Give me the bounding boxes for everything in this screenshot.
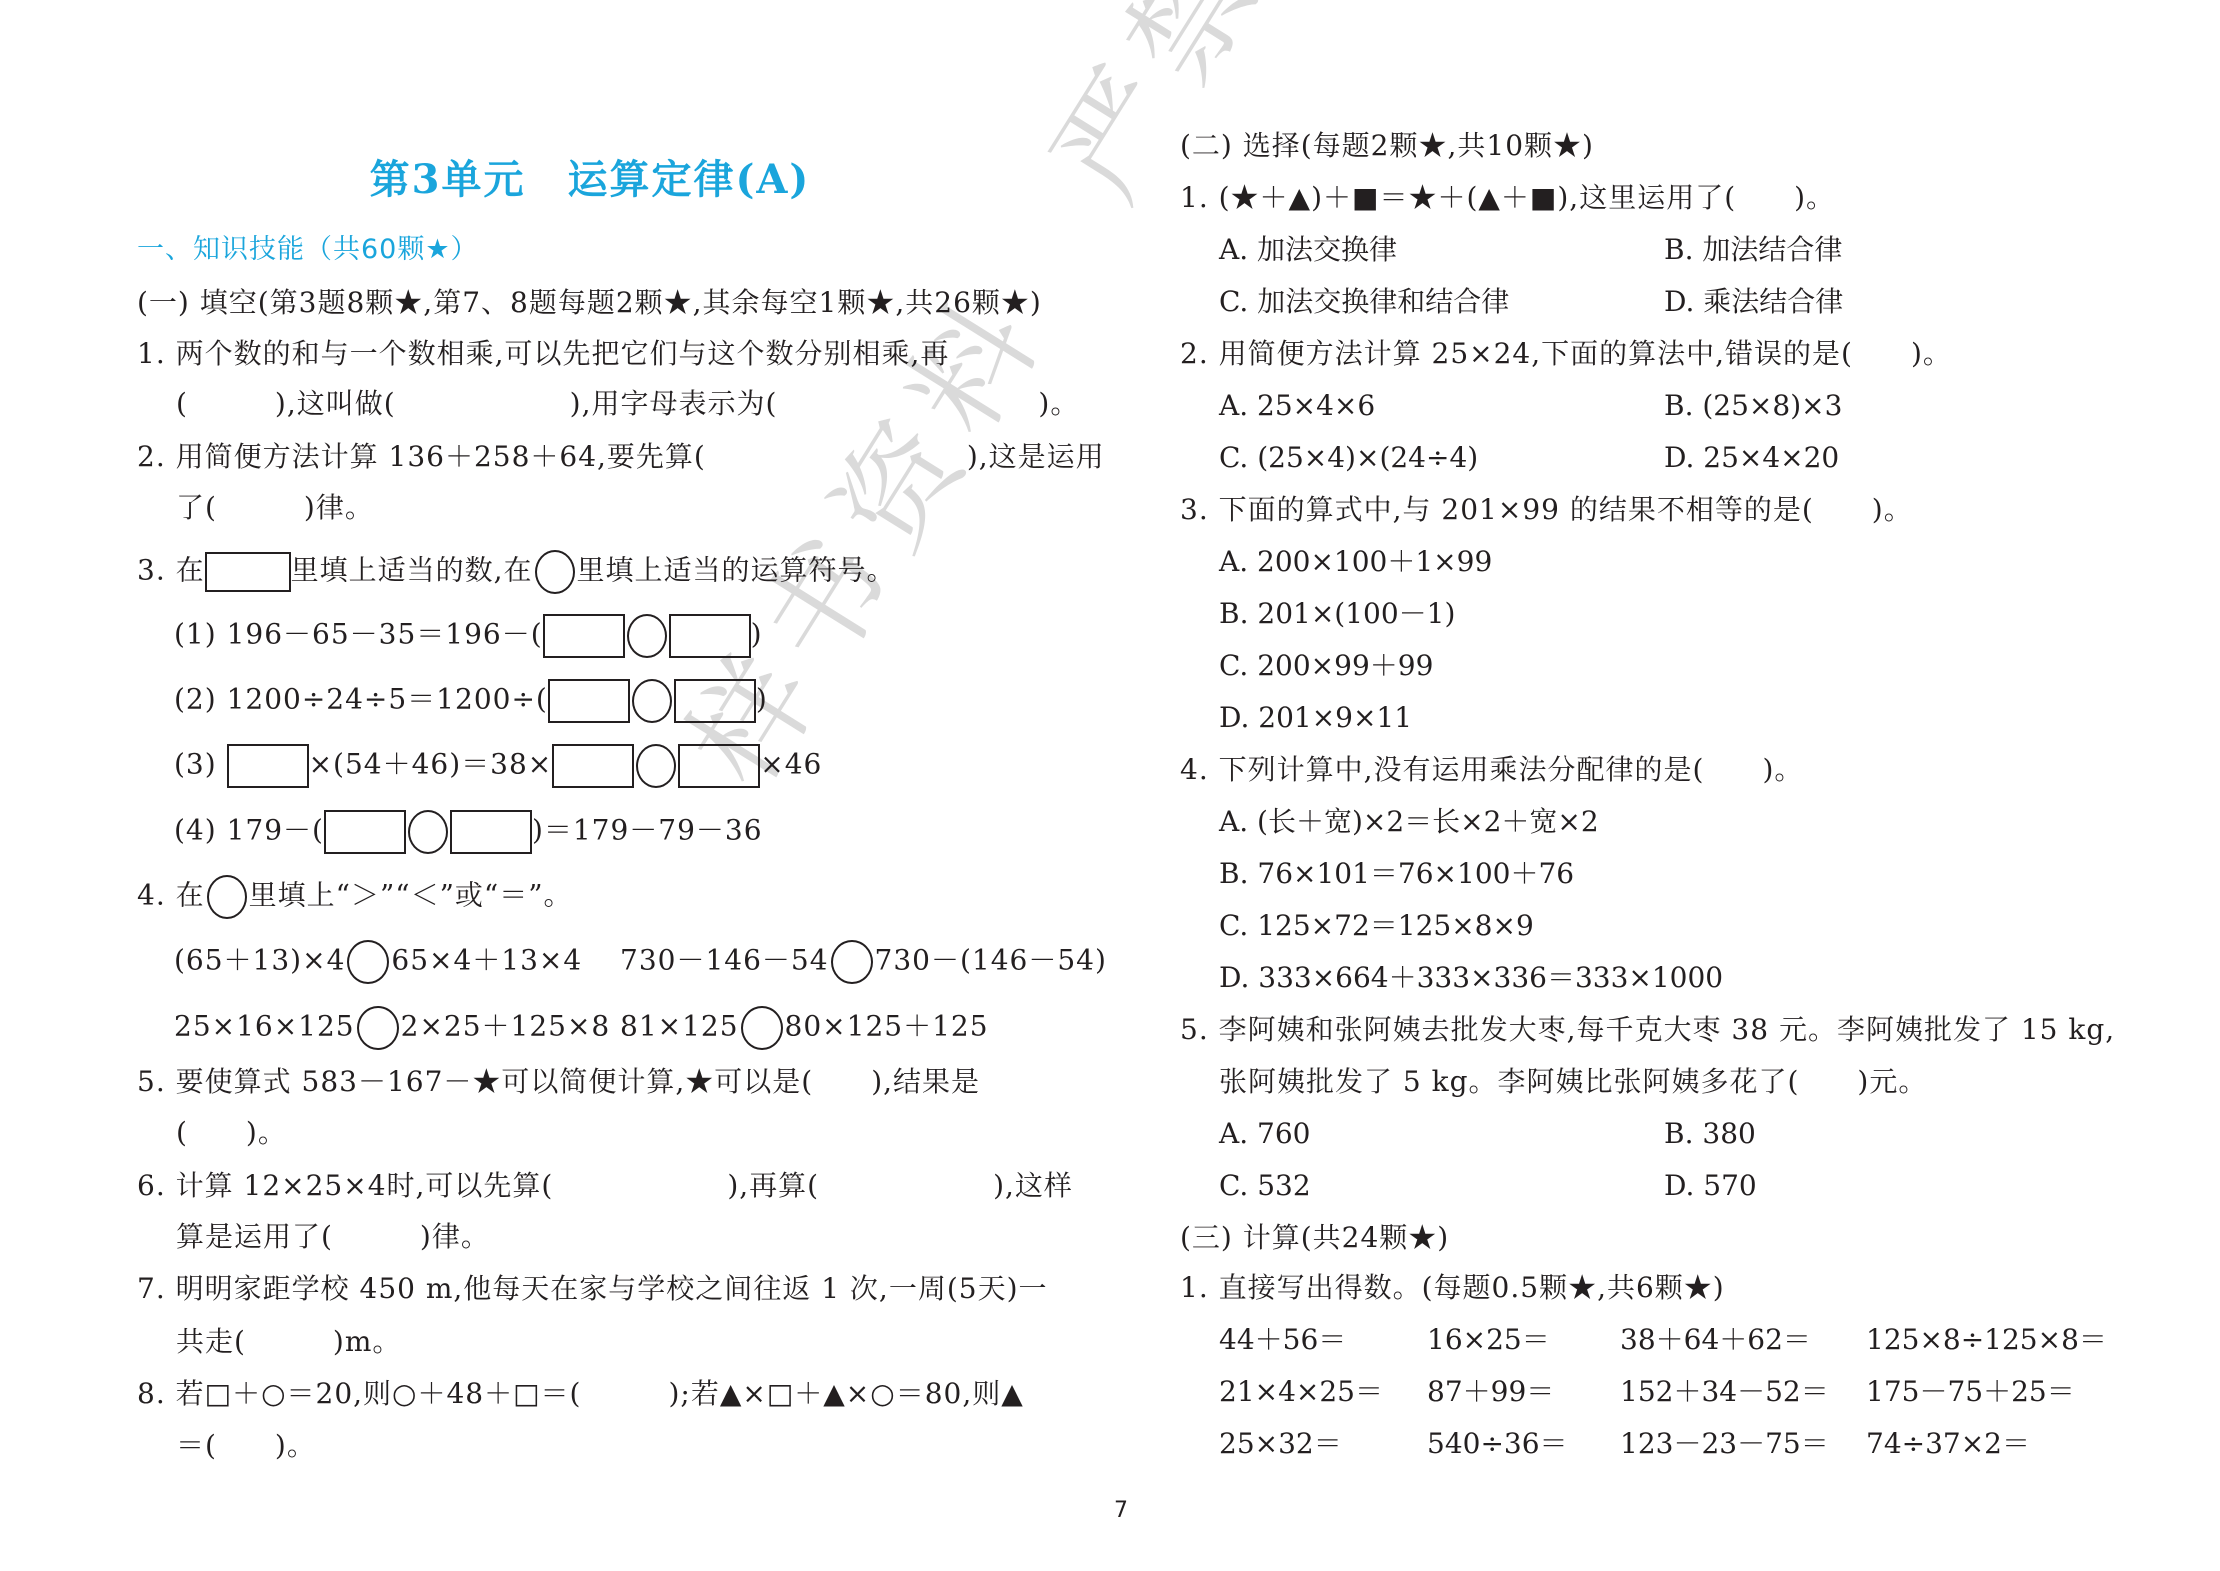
q3-line: 3. 在里填上适当的数,在里填上适当的运算符号。	[137, 550, 896, 594]
part2-heading: (二) 选择(每题2颗★,共10颗★)	[1180, 128, 1594, 164]
blank-circle-icon	[207, 875, 247, 919]
q3-item-3: (3) ×(54＋46)＝38××46	[174, 744, 822, 788]
calc-item: 123－23－75＝	[1620, 1426, 1829, 1462]
compare-left: 81×125	[620, 1010, 739, 1043]
q2-line2: 了( )律。	[176, 490, 374, 526]
answer-box[interactable]	[552, 744, 634, 788]
mc-q5-option-b[interactable]: B. 380	[1664, 1116, 1756, 1152]
q3-item-2-tail: )	[756, 683, 768, 716]
compare-circle[interactable]	[831, 940, 873, 984]
calc-item: 87＋99＝	[1427, 1374, 1554, 1410]
mc-q3-option-b[interactable]: B. 201×(100－1)	[1219, 596, 1455, 632]
q7-line2: 共走( )m。	[176, 1324, 401, 1360]
q3-item-3-label: (3)	[174, 748, 217, 781]
compare-left: 25×16×125	[174, 1010, 355, 1043]
q3-item-4-label: (4) 179－(	[174, 814, 324, 847]
answer-circle[interactable]	[408, 810, 448, 854]
q4-suffix: 里填上“＞”“＜”或“＝”。	[249, 879, 573, 912]
mc-q2-option-c[interactable]: C. (25×4)×(24÷4)	[1219, 440, 1478, 476]
mc-q1-stem: 1. (★＋▲)＋■＝★＋(▲＋■),这里运用了( )。	[1180, 180, 1835, 216]
mc-q5-option-d[interactable]: D. 570	[1664, 1168, 1757, 1204]
mc-q4-option-a[interactable]: A. (长＋宽)×2＝长×2＋宽×2	[1219, 804, 1599, 840]
mc-q5-option-a[interactable]: A. 760	[1219, 1116, 1310, 1152]
mc-q5-stem2: 张阿姨批发了 5 kg。李阿姨比张阿姨多花了( )元。	[1219, 1064, 1927, 1100]
mc-q1-option-a[interactable]: A. 加法交换律	[1219, 232, 1397, 268]
q8-line1: 8. 若□＋○＝20,则○＋48＋□＝( );若▲×□＋▲×○＝80,则▲	[137, 1376, 1024, 1412]
q3-prefix: 3. 在	[137, 554, 205, 587]
mc-q3-option-c[interactable]: C. 200×99＋99	[1219, 648, 1433, 684]
calc-item: 540÷36＝	[1427, 1426, 1568, 1462]
q6-line2: 算是运用了( )律。	[176, 1219, 490, 1255]
q4-row-2a: 25×16×1252×25＋125×8	[174, 1006, 610, 1050]
compare-right: 730－(146－54)	[875, 944, 1107, 977]
mc-q5-stem: 5. 李阿姨和张阿姨去批发大枣,每千克大枣 38 元。李阿姨批发了 15 kg,	[1180, 1012, 2115, 1048]
q5-line1: 5. 要使算式 583－167－★可以简便计算,★可以是( ),结果是	[137, 1064, 980, 1100]
mc-q4-option-c[interactable]: C. 125×72＝125×8×9	[1219, 908, 1534, 944]
compare-right: 80×125＋125	[785, 1010, 989, 1043]
q3-item-4: (4) 179－()＝179－79－36	[174, 810, 763, 854]
mc-q4-option-b[interactable]: B. 76×101＝76×100＋76	[1219, 856, 1574, 892]
mc-q2-option-a[interactable]: A. 25×4×6	[1219, 388, 1375, 424]
answer-box[interactable]	[227, 744, 309, 788]
mc-q1-option-d[interactable]: D. 乘法结合律	[1664, 284, 1843, 320]
q6-line1: 6. 计算 12×25×4时,可以先算( ),再算( ),这样	[137, 1168, 1073, 1204]
compare-circle[interactable]	[741, 1006, 783, 1050]
q3-item-2: (2) 1200÷24÷5＝1200÷()	[174, 679, 768, 723]
calc-item: 44＋56＝	[1219, 1322, 1346, 1358]
q3-item-2-label: (2) 1200÷24÷5＝1200÷(	[174, 683, 548, 716]
part3-heading: (三) 计算(共24颗★)	[1180, 1220, 1449, 1256]
calc-item: 152＋34－52＝	[1620, 1374, 1829, 1410]
calc-item: 175－75＋25＝	[1866, 1374, 2075, 1410]
q3-item-1-label: (1) 196－65－35＝196－(	[174, 618, 543, 651]
q4-prefix: 4. 在	[137, 879, 205, 912]
q3-item-3-tail: ×46	[760, 748, 822, 781]
compare-right: 2×25＋125×8	[401, 1010, 611, 1043]
mc-q5-option-c[interactable]: C. 532	[1219, 1168, 1311, 1204]
mc-q4-stem: 4. 下列计算中,没有运用乘法分配律的是( )。	[1180, 752, 1803, 788]
q4-row-1a: (65＋13)×465×4＋13×4	[174, 940, 582, 984]
compare-circle[interactable]	[357, 1006, 399, 1050]
q3-item-1: (1) 196－65－35＝196－()	[174, 614, 763, 658]
answer-box[interactable]	[669, 614, 751, 658]
answer-circle[interactable]	[627, 614, 667, 658]
worksheet-page: 样书资料 严禁外传 第3单元 运算定律(A) 一、知识技能（共60颗★） (一)…	[0, 0, 2220, 1571]
mc-q2-option-d[interactable]: D. 25×4×20	[1664, 440, 1839, 476]
calc-q1-heading: 1. 直接写出得数。(每题0.5颗★,共6颗★)	[1180, 1270, 1725, 1306]
page-title: 第3单元 运算定律(A)	[0, 148, 1180, 205]
q5-line2: ( )。	[176, 1115, 287, 1151]
mc-q1-option-c[interactable]: C. 加法交换律和结合律	[1219, 284, 1509, 320]
calc-item: 125×8÷125×8＝	[1866, 1322, 2107, 1358]
answer-circle[interactable]	[632, 679, 672, 723]
calc-item: 74÷37×2＝	[1866, 1426, 2030, 1462]
q3-suffix: 里填上适当的运算符号。	[577, 554, 896, 587]
calc-item: 38＋64＋62＝	[1620, 1322, 1811, 1358]
q3-item-3-mid: ×(54＋46)＝38×	[309, 748, 553, 781]
calc-item: 16×25＝	[1427, 1322, 1550, 1358]
q4-row-2b: 81×12580×125＋125	[620, 1006, 989, 1050]
compare-right: 65×4＋13×4	[391, 944, 582, 977]
answer-box[interactable]	[450, 810, 532, 854]
compare-left: (65＋13)×4	[174, 944, 345, 977]
q2-line1: 2. 用简便方法计算 136＋258＋64,要先算( ),这是运用	[137, 439, 1105, 475]
page-number: 7	[1114, 1498, 1128, 1523]
answer-circle[interactable]	[636, 744, 676, 788]
q3-item-4-tail: )＝179－79－36	[532, 814, 763, 847]
answer-box[interactable]	[678, 744, 760, 788]
calc-item: 21×4×25＝	[1219, 1374, 1383, 1410]
calc-item: 25×32＝	[1219, 1426, 1342, 1462]
section-heading: 一、知识技能（共60颗★）	[137, 232, 479, 268]
mc-q3-option-a[interactable]: A. 200×100＋1×99	[1219, 544, 1492, 580]
q4-row-1b: 730－146－54730－(146－54)	[620, 940, 1107, 984]
q3-middle: 里填上适当的数,在	[291, 554, 533, 587]
answer-box[interactable]	[543, 614, 625, 658]
blank-circle-icon	[535, 550, 575, 594]
q3-item-1-tail: )	[751, 618, 763, 651]
mc-q1-option-b[interactable]: B. 加法结合律	[1664, 232, 1842, 268]
mc-q2-stem: 2. 用简便方法计算 25×24,下面的算法中,错误的是( )。	[1180, 336, 1952, 372]
answer-box[interactable]	[674, 679, 756, 723]
q4-line: 4. 在里填上“＞”“＜”或“＝”。	[137, 875, 573, 919]
compare-left: 730－146－54	[620, 944, 829, 977]
q8-line2: ＝( )。	[176, 1428, 316, 1464]
mc-q4-option-d[interactable]: D. 333×664＋333×336＝333×1000	[1219, 960, 1723, 996]
mc-q2-option-b[interactable]: B. (25×8)×3	[1664, 388, 1842, 424]
mc-q3-stem: 3. 下面的算式中,与 201×99 的结果不相等的是( )。	[1180, 492, 1913, 528]
q7-line1: 7. 明明家距学校 450 m,他每天在家与学校之间往返 1 次,一周(5天)一	[137, 1271, 1048, 1307]
q1-line2: ( ),这叫做( ),用字母表示为( )。	[176, 386, 1079, 422]
answer-box[interactable]	[548, 679, 630, 723]
compare-circle[interactable]	[347, 940, 389, 984]
mc-q3-option-d[interactable]: D. 201×9×11	[1219, 700, 1412, 736]
blank-box-icon	[205, 552, 291, 592]
answer-box[interactable]	[324, 810, 406, 854]
q1-line1: 1. 两个数的和与一个数相乘,可以先把它们与这个数分别相乘,再	[137, 336, 949, 372]
part1-heading: (一) 填空(第3题8颗★,第7、8题每题2颗★,其余每空1颗★,共26颗★)	[137, 285, 1042, 321]
